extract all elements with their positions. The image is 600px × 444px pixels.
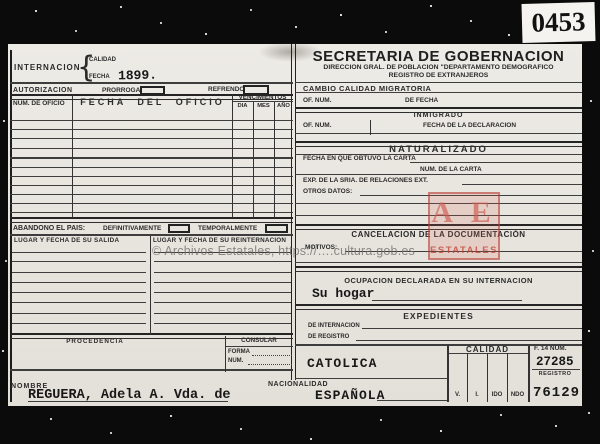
rule-line xyxy=(154,313,291,314)
ocupacion-header: OCUPACION DECLARADA EN SU INTERNACION xyxy=(295,277,582,285)
rule-line xyxy=(154,292,291,293)
religion-value: CATOLICA xyxy=(307,357,377,370)
agency-title: SECRETARIA DE GOBERNACION xyxy=(295,49,582,64)
f14-num-label: F. 14 NUM. xyxy=(534,346,567,353)
venc-dia-subheader: DIA xyxy=(232,104,253,110)
rule-line xyxy=(232,101,293,102)
rule-line xyxy=(295,92,582,93)
definitivamente-label: DEFINITIVAMENTE xyxy=(103,226,161,233)
column-divider-line xyxy=(370,120,371,135)
double-rule-line xyxy=(10,333,293,339)
rule-line xyxy=(295,133,582,134)
column-divider-line xyxy=(507,353,508,402)
rule-line xyxy=(10,203,293,204)
rule-line xyxy=(10,82,293,84)
rule-line xyxy=(362,328,582,329)
rule-line xyxy=(372,300,522,301)
rule-line xyxy=(410,162,582,163)
column-divider-line xyxy=(467,353,468,402)
rule-line xyxy=(295,174,582,175)
de-internacion-label: DE INTERNACION xyxy=(308,323,360,329)
num-label: NUM. xyxy=(228,358,243,364)
column-divider-line xyxy=(72,95,73,218)
fecha-declaracion-label: FECHA DE LA DECLARACION xyxy=(423,123,516,130)
column-divider-line xyxy=(253,102,254,218)
agency-subtitle-2: REGISTRO DE EXTRANJEROS xyxy=(295,73,582,80)
rule-line xyxy=(28,401,228,402)
rule-line xyxy=(12,282,146,283)
inmigrado-header: INMIGRADO xyxy=(295,112,582,119)
f14-num-value: 27285 xyxy=(536,356,574,369)
de-fecha-label: DE FECHA xyxy=(405,98,438,105)
expedientes-header: EXPEDIENTES xyxy=(295,312,582,321)
column-divider-line xyxy=(232,95,233,218)
logo-word: ESTATALES xyxy=(430,245,498,256)
calidad-field-label: CALIDAD xyxy=(89,57,116,63)
calidad-col-v: V. xyxy=(448,392,467,398)
internacion-label: INTERNACION xyxy=(14,64,81,72)
abandono-label: ABANDONO EL PAIS: xyxy=(13,225,85,232)
film-grain-speckles xyxy=(0,0,2,2)
temporalmente-checkbox xyxy=(265,224,288,233)
rule-line xyxy=(12,292,146,293)
rule-line xyxy=(295,378,447,379)
calidad-col-i: I. xyxy=(467,392,487,398)
double-rule-line xyxy=(295,141,582,147)
rule-line xyxy=(10,129,293,130)
rule-line xyxy=(154,272,291,273)
rule-line xyxy=(12,272,146,273)
stamp-number: 0453 xyxy=(531,6,586,38)
exp-sria-label: EXP. DE LA SRIA. DE RELACIONES EXT. xyxy=(303,178,428,185)
registro-value: 76129 xyxy=(533,386,580,400)
de-registro-label: DE REGISTRO xyxy=(308,334,349,340)
calidad-col-ido: IDO xyxy=(487,392,507,398)
scanned-registration-card: INTERNACION { CALIDAD FECHA 1899. AUTORI… xyxy=(0,0,600,444)
rule-line xyxy=(10,194,293,195)
num-oficio-col-header: NUM. DE OFICIO xyxy=(13,101,65,108)
column-divider-line xyxy=(150,236,151,335)
rule-line xyxy=(10,369,293,371)
rule-line xyxy=(12,261,146,262)
autorizacion-label: AUTORIZACION xyxy=(13,87,73,94)
salida-col-header: LUGAR Y FECHA DE SU SALIDA xyxy=(14,238,119,244)
of-num-label: OF. NUM. xyxy=(303,98,332,105)
stamp-number-box: 0453 xyxy=(522,2,596,43)
archivos-estatales-logo: A E ESTATALES xyxy=(428,192,500,260)
refrendo-label: REFRENDO xyxy=(208,87,244,94)
logo-initials: A E xyxy=(430,196,498,230)
rule-line xyxy=(12,313,146,314)
procedencia-header: PROCEDENCIA xyxy=(30,339,160,345)
column-divider-line xyxy=(447,346,449,402)
rule-line xyxy=(154,282,291,283)
fecha-carta-label: FECHA EN QUE OBTUVO LA CARTA xyxy=(303,156,416,163)
venc-mes-subheader: MES xyxy=(253,104,274,110)
agency-subtitle-1: DIRECCION GRAL. DE POBLACION "DEPARTAMEN… xyxy=(295,65,582,72)
double-rule-line xyxy=(295,304,582,310)
fecha-value: 1899. xyxy=(118,69,157,83)
rule-line xyxy=(295,82,582,83)
nacionalidad-value: ESPAÑOLA xyxy=(315,389,385,402)
rule-line xyxy=(10,167,293,168)
rule-line xyxy=(295,262,582,263)
rule-line xyxy=(295,344,582,346)
num-carta-label: NUM. DE LA CARTA xyxy=(420,167,482,174)
double-rule-line xyxy=(295,266,582,272)
ocupacion-value: Su hogar xyxy=(312,287,374,300)
double-rule-line xyxy=(10,217,293,223)
rule-line xyxy=(225,346,293,347)
forma-label: FORMA xyxy=(228,349,250,355)
rule-line xyxy=(532,369,580,370)
temporalmente-label: TEMPORALMENTE xyxy=(198,226,257,233)
rule-line xyxy=(154,261,291,262)
archive-watermark-text: © Archivos Estatales, https://….cultura.… xyxy=(152,244,415,258)
rule-line xyxy=(10,176,293,177)
rule-line xyxy=(10,185,293,186)
column-divider-line xyxy=(487,353,488,402)
rule-line xyxy=(356,340,582,341)
nacionalidad-label: NACIONALIDAD xyxy=(268,381,328,388)
fecha-field-label: FECHA xyxy=(89,74,110,80)
registro-label: REGISTRO xyxy=(528,372,582,378)
num-dotted-line xyxy=(248,364,292,365)
column-divider-line xyxy=(528,346,530,402)
rule-line xyxy=(10,138,293,139)
column-divider-line xyxy=(225,336,226,372)
otros-datos-label: OTROS DATOS: xyxy=(303,189,352,196)
card-left-border xyxy=(10,50,12,402)
rule-line xyxy=(462,184,582,185)
double-rule-line xyxy=(295,107,582,113)
rule-line xyxy=(154,302,291,303)
rule-line xyxy=(10,148,293,149)
calidad-col-ndo: NDO xyxy=(507,392,528,398)
rule-line xyxy=(12,302,146,303)
rule-line xyxy=(12,252,146,253)
definitivamente-checkbox xyxy=(168,224,190,233)
double-rule-line xyxy=(10,94,293,100)
column-divider-line xyxy=(274,102,275,218)
rule-line xyxy=(10,234,293,236)
rule-line xyxy=(154,323,291,324)
rule-line xyxy=(10,212,293,213)
forma-dotted-line xyxy=(252,355,292,356)
of-num-2-label: OF. NUM. xyxy=(303,123,332,130)
rule-line xyxy=(12,323,146,324)
rule-line xyxy=(10,157,293,159)
venc-ano-subheader: AÑO xyxy=(274,104,293,110)
rule-line xyxy=(295,154,582,155)
rule-line xyxy=(377,400,447,401)
rule-line xyxy=(10,120,293,121)
